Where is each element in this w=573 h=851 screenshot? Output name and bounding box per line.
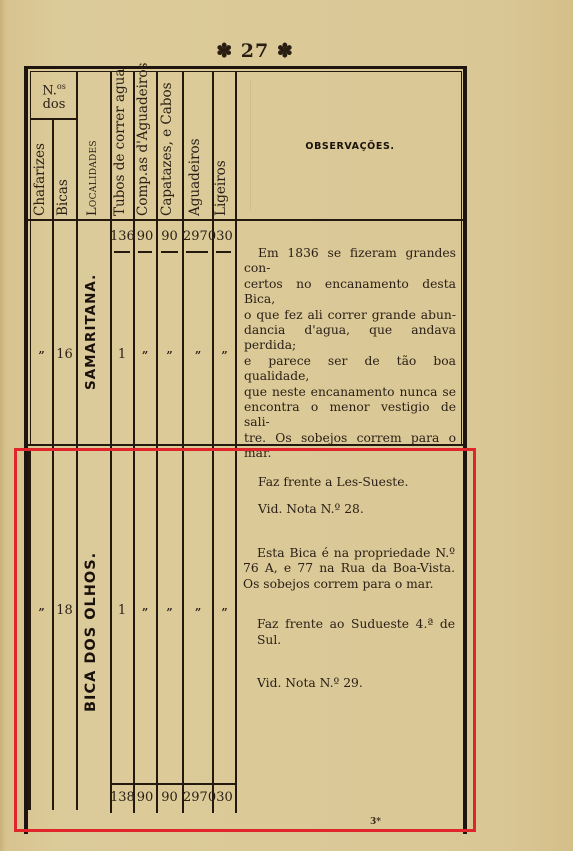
carried-total-ligeiros: 30: [213, 229, 236, 244]
cell-companhias: ”: [134, 349, 156, 362]
header-bottom-rule: [28, 219, 464, 221]
inner-left-rule: [30, 71, 31, 445]
col-header-chafarizes: Chafarizes: [34, 124, 50, 216]
cell-ligeiros: ”: [213, 349, 236, 362]
cell-aguadeiros: ”: [183, 349, 213, 362]
carried-total-aguadeiros: 2970: [183, 229, 213, 244]
obs-line: que neste encanamento nunca se: [244, 385, 456, 400]
sum-rule: [216, 251, 231, 253]
col-header-tubos: Tubos de correr agua: [114, 76, 130, 216]
obs-line: encontra o menor vestigio de sali-: [244, 400, 456, 431]
sum-rule: [186, 251, 208, 253]
inner-right-rule: [461, 71, 462, 445]
cell-bicas: 16: [53, 347, 76, 362]
carried-total-companhias: 90: [134, 229, 156, 244]
obs-line: certos no encanamento desta Bica,: [244, 277, 456, 308]
col-header-capatazes: Capatazes, e Cabos: [161, 76, 177, 216]
highlight-box: [14, 448, 476, 832]
cell-chafarizes: ”: [31, 349, 52, 362]
col-header-aguadeiros: Aguadeiros: [189, 124, 205, 216]
nos-label: N.: [42, 83, 57, 98]
col-header-localidades: Localidades: [86, 124, 102, 216]
carried-total-capatazes: 90: [157, 229, 182, 244]
header-group-nos: N.os dos: [32, 80, 76, 112]
header-top-rule: [30, 71, 462, 72]
carried-total-tubos: 136: [110, 229, 134, 244]
obs-line: dancia d'agua, que andava perdida;: [244, 323, 456, 354]
col-header-companhias: Comp.as d'Aguadeiros: [137, 76, 153, 216]
col-header-observacoes: OBSERVAÇÕES.: [238, 141, 462, 152]
cell-localidade: SAMARITANA.: [85, 250, 103, 390]
sum-rule: [114, 251, 130, 253]
col-header-ligeiros: Ligeiros: [215, 124, 231, 216]
obs-line: Em 1836 se fizeram grandes con-: [244, 246, 456, 277]
cell-tubos: 1: [110, 347, 134, 362]
nos-sup: os: [57, 82, 66, 91]
page-number: ✽ 27 ✽: [0, 40, 510, 62]
obs-line: o que fez ali correr grande abun-: [244, 308, 456, 323]
sum-rule: [161, 251, 178, 253]
cell-capatazes: ”: [157, 349, 182, 362]
sum-rule: [138, 251, 152, 253]
col-header-bicas: Bicas: [57, 124, 73, 216]
obs-line: e parece ser de tão boa qualidade,: [244, 354, 456, 385]
dos-label: dos: [43, 97, 66, 112]
